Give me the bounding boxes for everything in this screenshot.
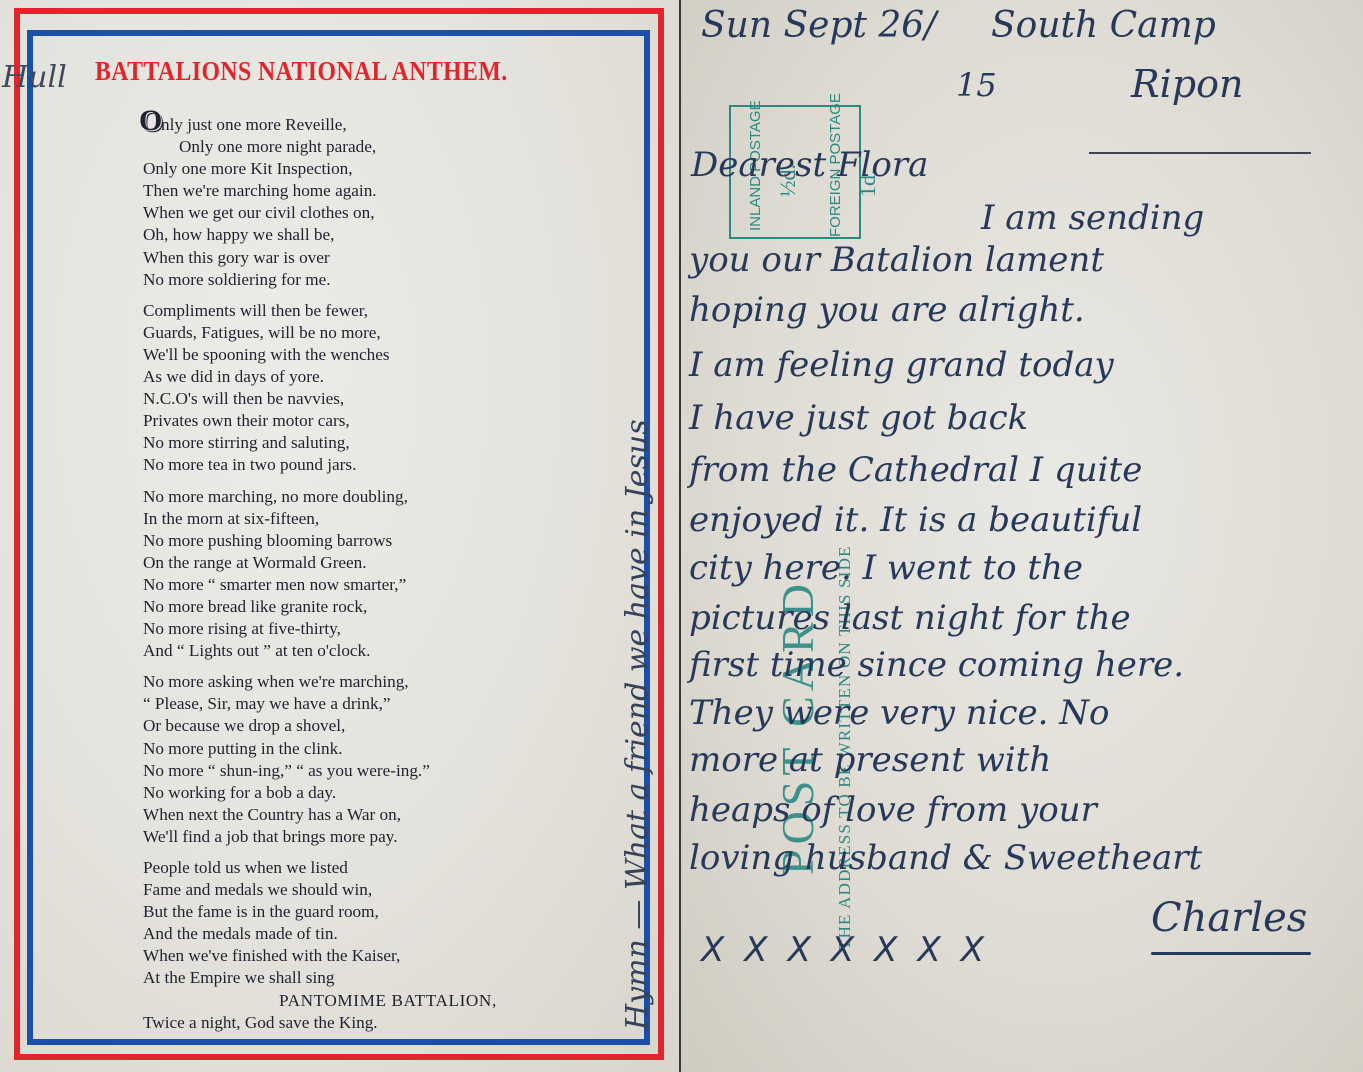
letter-line: I am feeling grand today <box>689 345 1114 385</box>
letter-line: hoping you are alright. <box>689 290 1085 330</box>
lyric-line: Only one more Kit Inspection, <box>143 158 593 180</box>
lyric-line: Compliments will then be fewer, <box>143 300 593 322</box>
lyric-line: When we've finished with the Kaiser, <box>143 945 593 967</box>
lyric-line: As we did in days of yore. <box>143 366 593 388</box>
handwritten-margin-note-top: Hull <box>2 60 67 95</box>
signature-underline <box>1151 952 1311 955</box>
address-underline <box>1089 152 1311 154</box>
anthem-lyrics: O nly just one more Reveille, Only one m… <box>143 114 593 1043</box>
letter-line: more at present with <box>689 740 1051 780</box>
lyric-line: No more marching, no more doubling, <box>143 486 593 508</box>
lyric-line: No working for a bob a day. <box>143 782 593 804</box>
lyric-line: No more pushing blooming barrows <box>143 530 593 552</box>
letter-line: first time since coming here. <box>689 645 1184 685</box>
letter-salutation: Dearest Flora <box>691 145 928 185</box>
lyric-line: At the Empire we shall sing <box>143 967 593 989</box>
lyric-line: No more stirring and saluting, <box>143 432 593 454</box>
handwritten-margin-note-side: Hymn — What a friend we have in Jesus <box>620 419 655 1030</box>
letter-line: city here. I went to the <box>689 548 1083 588</box>
letter-line: enjoyed it. It is a beautiful <box>689 500 1142 540</box>
lyric-line: In the morn at six-fifteen, <box>143 508 593 530</box>
lyric-line: Twice a night, God save the King. <box>143 1012 593 1034</box>
lyric-line: When we get our civil clothes on, <box>143 202 593 224</box>
letter-line: you our Batalion lament <box>689 240 1104 280</box>
lyric-line: No more bread like granite rock, <box>143 596 593 618</box>
lyric-line: No more “ shun-ing,” “ as you were-ing.” <box>143 760 593 782</box>
letter-year: 15 <box>956 66 997 104</box>
postcard-back: INLAND POSTAGE ½d. FOREIGN POSTAGE 1d. P… <box>681 0 1363 1072</box>
lyric-line: Or because we drop a shovel, <box>143 715 593 737</box>
letter-line: pictures last night for the <box>689 598 1131 638</box>
stanza-5: People told us when we listed Fame and m… <box>143 857 593 1034</box>
lyric-line: No more rising at five-thirty, <box>143 618 593 640</box>
lyric-line: Fame and medals we should win, <box>143 879 593 901</box>
letter-line: from the Cathedral I quite <box>689 450 1142 490</box>
stanza-1: O nly just one more Reveille, Only one m… <box>143 114 593 291</box>
lyric-line: No more “ smarter men now smarter,” <box>143 574 593 596</box>
stanza-2: Compliments will then be fewer, Guards, … <box>143 300 593 477</box>
stanza-3: No more marching, no more doubling, In t… <box>143 486 593 663</box>
lyric-line: When next the Country has a War on, <box>143 804 593 826</box>
letter-location-line2: Ripon <box>1131 62 1243 106</box>
lyric-line: We'll be spooning with the wenches <box>143 344 593 366</box>
stanza-4: No more asking when we're marching, “ Pl… <box>143 671 593 848</box>
lyric-line: And “ Lights out ” at ten o'clock. <box>143 640 593 662</box>
letter-line: heaps of love from your <box>689 790 1097 830</box>
lyric-line: And the medals made of tin. <box>143 923 593 945</box>
letter-line: I am sending <box>981 198 1204 238</box>
battalion-signoff: PANTOMIME BATTALION, <box>143 990 593 1012</box>
lyric-line: Then we're marching home again. <box>143 180 593 202</box>
lyric-line: On the range at Wormald Green. <box>143 552 593 574</box>
lyric-line: Oh, how happy we shall be, <box>143 224 593 246</box>
lyric-line: Privates own their motor cars, <box>143 410 593 432</box>
lyric-line: No more soldiering for me. <box>143 269 593 291</box>
letter-signature: Charles <box>1151 895 1307 941</box>
letter-date: Sun Sept 26/ <box>701 5 936 46</box>
ornamental-drop-cap: O <box>139 110 162 132</box>
lyric-line: When this gory war is over <box>143 247 593 269</box>
lyric-line: N.C.O's will then be navvies, <box>143 388 593 410</box>
lyric-line: We'll find a job that brings more pay. <box>143 826 593 848</box>
lyric-line: But the fame is in the guard room, <box>143 901 593 923</box>
postcard-front: BATTALIONS NATIONAL ANTHEM. O nly just o… <box>0 0 679 1072</box>
lyric-line: “ Please, Sir, may we have a drink,” <box>143 693 593 715</box>
lyric-line: Only one more night parade, <box>143 136 593 158</box>
lyric-line: No more asking when we're marching, <box>143 671 593 693</box>
lyric-line: Guards, Fatigues, will be no more, <box>143 322 593 344</box>
lyric-line: No more putting in the clink. <box>143 738 593 760</box>
letter-line: They were very nice. No <box>689 693 1109 733</box>
letter-line: I have just got back <box>689 398 1028 438</box>
anthem-title: BATTALIONS NATIONAL ANTHEM. <box>95 56 553 87</box>
lyric-line: No more tea in two pound jars. <box>143 454 593 476</box>
letter-kisses: XXXXXXX <box>701 930 1004 970</box>
lyric-line: People told us when we listed <box>143 857 593 879</box>
lyric-line: nly just one more Reveille, <box>143 114 593 136</box>
letter-line: loving husband & Sweetheart <box>689 838 1202 878</box>
letter-location-line1: South Camp <box>991 5 1216 46</box>
